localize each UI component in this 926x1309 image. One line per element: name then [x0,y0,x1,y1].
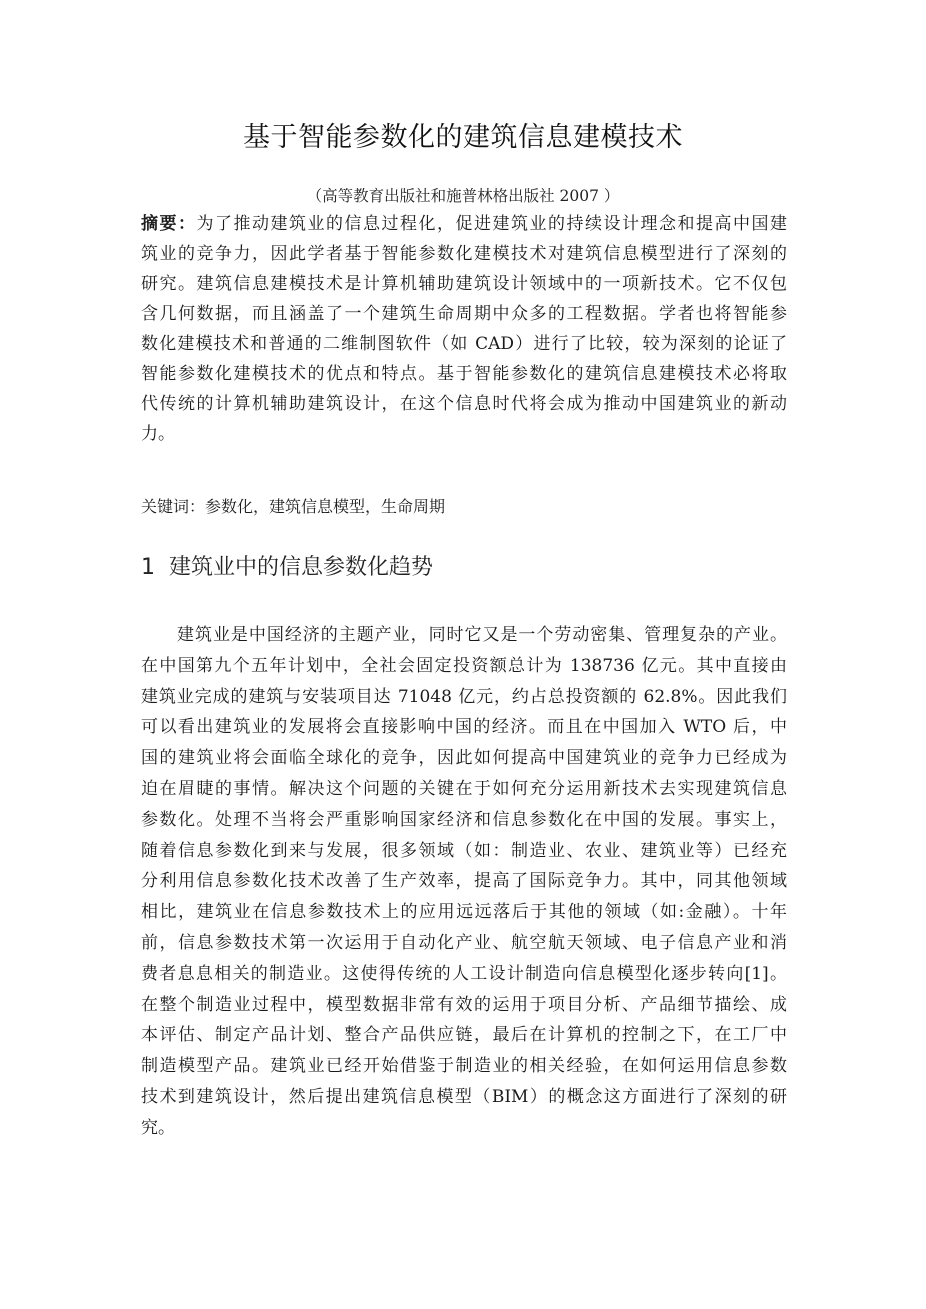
body-line: 分利用信息参数化技术改善了生产效率，提高了国际竞争力。其中，同其他领域 [141,866,787,897]
section-title: 建筑业中的信息参数化趋势 [169,555,433,580]
body-line: 在中国第九个五年计划中，全社会固定投资额总计为 138736 亿元。其中直接由 [141,651,787,682]
body-line: 前，信息参数技术第一次运用于自动化产业、航空航天领域、电子信息产业和消 [141,928,787,959]
keywords-line: 关键词：参数化，建筑信息模型，生命周期 [141,492,787,522]
abstract-line: 含几何数据，而且涵盖了一个建筑生命周期中众多的工程数据。学者也将智能参 [141,299,787,329]
body-line: 在整个制造业过程中，模型数据非常有效的运用于项目分析、产品细节描绘、成 [141,990,787,1021]
publisher-subtitle: （高等教育出版社和施普林格出版社 2007 ） [0,183,926,209]
section-body: 建筑业是中国经济的主题产业，同时它又是一个劳动密集、管理复杂的产业。 在中国第九… [141,620,787,1144]
body-line: 可以看出建筑业的发展将会直接影响中国的经济。而且在中国加入 WTO 后，中 [141,712,787,743]
body-line: 相比，建筑业在信息参数技术上的应用远远落后于其他的领域（如:金融）。十年 [141,897,787,928]
body-line: 费者息息相关的制造业。这使得传统的人工设计制造向信息模型化逐步转向[1]。 [141,959,787,990]
section-number: 1 [141,555,155,580]
body-line: 本评估、制定产品计划、整合产品供应链，最后在计算机的控制之下，在工厂中 [141,1020,787,1051]
body-line: 参数化。处理不当将会严重影响国家经济和信息参数化在中国的发展。事实上， [141,805,787,836]
body-line: 迫在眉睫的事情。解决这个问题的关键在于如何充分运用新技术去实现建筑信息 [141,774,787,805]
section-heading: 1建筑业中的信息参数化趋势 [141,550,433,586]
abstract-line: 研究。建筑信息建模技术是计算机辅助建筑设计领域中的一项新技术。它不仅包 [141,269,787,299]
abstract-line: 筑业的竞争力，因此学者基于智能参数化建模技术对建筑信息模型进行了深刻的 [141,239,787,269]
document-page: 基于智能参数化的建筑信息建模技术 （高等教育出版社和施普林格出版社 2007 ）… [0,0,926,1309]
body-line: 国的建筑业将会面临全球化的竞争，因此如何提高中国建筑业的竞争力已经成为 [141,743,787,774]
abstract-line: 智能参数化建模技术的优点和特点。基于智能参数化的建筑信息建模技术必将取 [141,359,787,389]
body-line: 建筑业完成的建筑与安装项目达 71048 亿元，约占总投资额的 62.8%。因此… [141,682,787,713]
body-line: 随着信息参数化到来与发展，很多领域（如：制造业、农业、建筑业等）已经充 [141,836,787,867]
body-line: 建筑业是中国经济的主题产业，同时它又是一个劳动密集、管理复杂的产业。 [141,620,787,651]
body-line: 制造模型产品。建筑业已经开始借鉴于制造业的相关经验，在如何运用信息参数 [141,1051,787,1082]
body-line: 技术到建筑设计，然后提出建筑信息模型（BIM）的概念这方面进行了深刻的研 [141,1082,787,1113]
abstract-line: 代传统的计算机辅助建筑设计，在这个信息时代将会成为推动中国建筑业的新动 [141,389,787,419]
body-line: 究。 [141,1113,787,1144]
abstract-line: 力。 [141,419,787,449]
abstract-line: 数化建模技术和普通的二维制图软件（如 CAD）进行了比较，较为深刻的论证了 [141,329,787,359]
abstract-line: 摘要：为了推动建筑业的信息过程化，促进建筑业的持续设计理念和提高中国建 [141,209,787,239]
document-title: 基于智能参数化的建筑信息建模技术 [0,118,926,158]
abstract-section: 摘要：为了推动建筑业的信息过程化，促进建筑业的持续设计理念和提高中国建 筑业的竞… [141,209,787,449]
abstract-label: 摘要： [141,214,197,234]
